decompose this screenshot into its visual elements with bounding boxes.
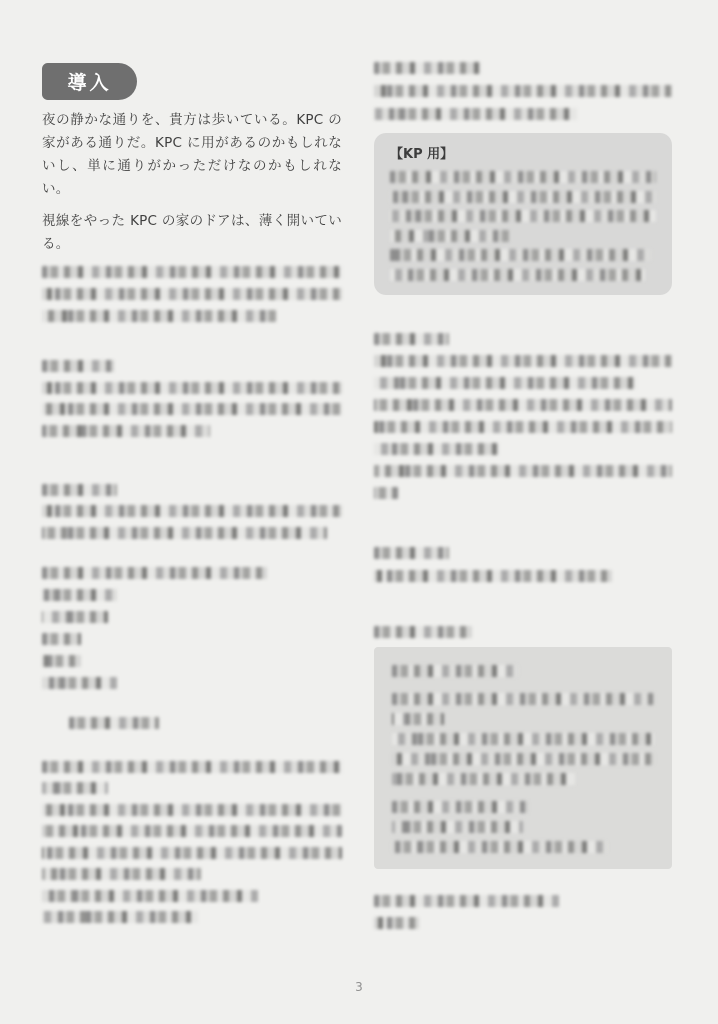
redacted-paragraph: [42, 761, 342, 924]
redacted-line: [42, 611, 108, 623]
redacted-line: [42, 804, 342, 816]
redacted-line: [42, 633, 81, 645]
redacted-line: [42, 288, 342, 300]
redacted-line: [390, 269, 645, 281]
redacted-line: [42, 527, 327, 539]
redacted-line: [42, 761, 342, 773]
redacted-line: [42, 825, 342, 837]
redacted-heading: [374, 626, 672, 638]
intro-paragraph-1: 夜の静かな通りを、貴方は歩いている。KPC の家がある通りだ。KPC に用がある…: [42, 109, 342, 201]
redacted-paragraph: [392, 801, 654, 853]
redacted-line: [374, 487, 398, 499]
redacted-line: [374, 355, 672, 367]
redacted-paragraph: [392, 665, 654, 677]
redacted-line: [392, 693, 654, 705]
secondary-note-box: [374, 647, 672, 869]
redacted-line: [42, 655, 81, 667]
redacted-line: [374, 377, 636, 389]
redacted-list: [42, 567, 342, 689]
redacted-line: [42, 782, 108, 794]
redacted-line: [42, 890, 258, 902]
redacted-line: [42, 403, 342, 415]
redacted-line: [390, 171, 656, 183]
redacted-line: [392, 801, 528, 813]
section-badge-label: 導入: [67, 68, 111, 95]
redacted-paragraph: [374, 895, 672, 929]
redacted-line: [42, 911, 198, 923]
redacted-line: [42, 589, 117, 601]
redacted-line: [42, 677, 117, 689]
redacted-paragraph: [42, 360, 342, 437]
redacted-line: [392, 733, 654, 745]
redacted-line: [42, 567, 267, 579]
redacted-paragraph: [390, 171, 656, 281]
redacted-line: [42, 425, 210, 437]
left-column: 導入 夜の静かな通りを、貴方は歩いている。KPC の家がある通りだ。KPC に用…: [42, 63, 342, 923]
redacted-paragraph: [374, 62, 672, 120]
redacted-line: [374, 895, 559, 907]
redacted-paragraph: [374, 333, 672, 499]
redacted-line: [392, 821, 523, 833]
redacted-line: [374, 917, 419, 929]
redacted-line: [69, 717, 159, 729]
redacted-line: [42, 847, 342, 859]
right-column: 【KP 用】: [374, 56, 672, 929]
redacted-line: [390, 249, 651, 261]
kp-note-box: 【KP 用】: [374, 133, 672, 295]
redacted-line: [374, 465, 672, 477]
redacted-line: [392, 713, 444, 725]
redacted-line: [42, 505, 342, 517]
intro-paragraph-2: 視線をやった KPC の家のドアは、薄く開いている。: [42, 210, 342, 256]
page-number: 3: [0, 980, 718, 994]
redacted-line: [374, 443, 499, 455]
document-page: 導入 夜の静かな通りを、貴方は歩いている。KPC の家がある通りだ。KPC に用…: [0, 0, 718, 1024]
redacted-line: [374, 570, 612, 582]
redacted-line: [42, 360, 114, 372]
redacted-line: [374, 333, 449, 345]
redacted-line: [374, 421, 672, 433]
redacted-paragraph: [42, 484, 342, 539]
redacted-paragraph: [374, 547, 672, 582]
section-badge: 導入: [42, 63, 137, 100]
redacted-line: [42, 484, 117, 496]
redacted-paragraph: [42, 266, 342, 322]
redacted-line: [390, 191, 656, 203]
redacted-line: [42, 868, 201, 880]
redacted-line: [390, 210, 656, 222]
redacted-line: [392, 753, 654, 765]
redacted-line: [374, 547, 449, 559]
redacted-line: [374, 62, 481, 74]
kp-box-label: 【KP 用】: [390, 146, 656, 164]
redacted-line: [392, 841, 607, 853]
redacted-line: [42, 310, 276, 322]
redacted-line: [374, 626, 472, 638]
redacted-line: [374, 108, 577, 120]
redacted-line: [42, 266, 342, 278]
redacted-line: [374, 399, 672, 411]
redacted-line: [390, 230, 510, 242]
redacted-line: [392, 665, 518, 677]
redacted-line: [42, 382, 342, 394]
redacted-line: [392, 773, 575, 785]
redacted-line: [374, 85, 672, 97]
redacted-line-indented: [42, 717, 342, 729]
redacted-paragraph: [392, 693, 654, 785]
